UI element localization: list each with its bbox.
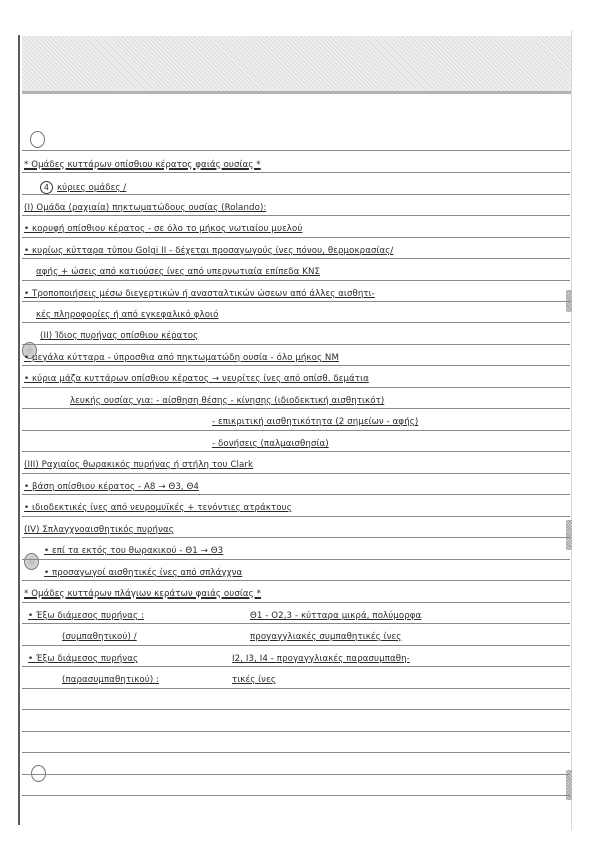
note-line: κές πληροφορίες ή από εγκεφαλικό φλοιό (36, 310, 218, 320)
group-heading: (II) Ίδιος πυρήνας οπίσθιου κέρατος (40, 331, 198, 341)
note-line: - δονήσεις (παλμαισθησία) (212, 439, 329, 449)
group-heading: (III) Ραχιαίος θωρακικός πυρήνας ή στήλη… (24, 460, 253, 470)
section-heading: * Ομάδες κυττάρων οπίσθιου κέρατος φαιάς… (24, 160, 261, 170)
note-line: λευκής ουσίας για: - αίσθηση θέσης - κίν… (70, 396, 384, 406)
ruled-line (22, 344, 570, 345)
ruled-line (22, 301, 570, 302)
ruled-line (22, 494, 570, 495)
note-line: • βάση οπίσθιου κέρατος - Α8 → Θ3, Θ4 (24, 482, 199, 492)
ruled-line (22, 795, 570, 796)
ruled-line (22, 150, 570, 151)
ruled-line (22, 752, 570, 753)
note-line: • ιδιοδεκτικές ίνες από νευρομυϊκές + τε… (24, 503, 292, 513)
subheading: 4κύριες ομάδες / (40, 181, 126, 194)
ruled-line (22, 516, 570, 517)
note-line: τικές ίνες (232, 675, 276, 685)
ruled-line (22, 451, 570, 452)
note-line: Ι2, Ι3, Ι4 - προγαγγλιακές παρασυμπαθη- (232, 654, 410, 664)
ruled-line (22, 688, 570, 689)
note-line: Θ1 - Ο2,3 - κύτταρα μικρά, πολύμορφα (250, 611, 421, 621)
section-heading: * Ομάδες κυττάρων πλάγιων κεράτων φαιάς … (24, 589, 261, 599)
notebook-page: * Ομάδες κυττάρων οπίσθιου κέρατος φαιάς… (0, 0, 595, 842)
circled-number: 4 (40, 181, 53, 194)
note-line: αφής + ώσεις από κατιούσες ίνες από υπερ… (36, 267, 320, 277)
ruled-line (22, 430, 570, 431)
ruled-line (22, 774, 570, 775)
note-line: • Τροποποιήσεις μέσω διεγερτικών ή αναστ… (24, 289, 375, 299)
group-heading: (IV) Σπλαγχνοαισθητικός πυρήνας (24, 525, 174, 535)
ruled-line (22, 194, 570, 195)
ruled-line (22, 623, 570, 624)
ruled-line (22, 172, 570, 173)
note-line: • Έξω διάμεσος πυρήνας (28, 654, 138, 664)
note-line: προγαγγλιακές συμπαθητικές ίνες (250, 632, 401, 642)
scanned-header-band (22, 36, 572, 94)
note-line: • κύρια μάζα κυττάρων οπίσθιου κέρατος →… (24, 374, 369, 384)
ruled-line (22, 559, 570, 560)
ruled-line (22, 237, 570, 238)
ruled-line (22, 387, 570, 388)
ruled-line (22, 215, 570, 216)
ruled-line (22, 666, 570, 667)
ruled-line (22, 602, 570, 603)
note-line: (παρασυμπαθητικού) : (62, 675, 159, 685)
left-margin-line (18, 35, 20, 825)
right-page-edge (571, 30, 572, 830)
binder-hole-icon (24, 553, 39, 570)
note-line: • κορυφή οπίσθιου κέρατος - σε όλο το μή… (24, 224, 302, 234)
ruled-line (22, 473, 570, 474)
note-line: • Έξω διάμεσος πυρήνας : (28, 611, 144, 621)
note-line: • προσαγωγοί αισθητικές ίνες από σπλάγχν… (44, 568, 242, 578)
subheading-text: κύριες ομάδες / (57, 183, 126, 193)
note-line: • επί τα εκτός του θωρακικού - Θ1 → Θ3 (44, 546, 223, 556)
ruled-line (22, 258, 570, 259)
binder-hole-icon (30, 131, 45, 148)
note-line: (συμπαθητικού) / (62, 632, 137, 642)
ruled-line (22, 645, 570, 646)
ruled-line (22, 709, 570, 710)
ruled-line (22, 580, 570, 581)
note-line: - επικριτική αισθητικότητα (2 σημείων - … (212, 417, 418, 427)
group-heading: (I) Ομάδα (ραχιαία) πηκτωματώδους ουσίας… (24, 203, 266, 213)
ruled-line (22, 731, 570, 732)
ruled-line (22, 322, 570, 323)
ruled-line (22, 365, 570, 366)
note-line: • κυρίως κύτταρα τύπου Golgi II - δέχετα… (24, 246, 393, 256)
ruled-line (22, 408, 570, 409)
note-line: • μεγάλα κύτταρα - ύπροσθια από πηκτωματ… (24, 353, 339, 363)
scan-edge-texture (566, 520, 572, 550)
ruled-line (22, 280, 570, 281)
ruled-line (22, 537, 570, 538)
